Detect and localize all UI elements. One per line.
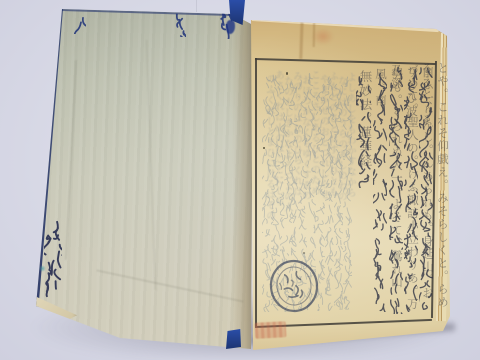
bleedthrough-column: なにはのうらのあしのねの: [334, 76, 343, 310]
bleedthrough-column: ふもとのさとにすむひとも: [325, 71, 334, 311]
calligraphy-column-title: 無妙法。蓮華経: [356, 70, 371, 188]
ink-speck: [286, 72, 288, 75]
page-edge-stack-top: [252, 18, 439, 32]
blue-cover-at-bottom-gutter: [226, 329, 241, 349]
text-frame-border: [255, 58, 257, 326]
calligraphy-column: 勢も。くられぬ人一。よそて、鶯れ山風。南: [373, 68, 387, 312]
red-seal-stamp: [255, 321, 287, 339]
blue-ink-mark: [174, 11, 186, 37]
photo-of-open-book: のふくれしとまひにけるはその あさくれは山のはことにしら たのもしきかなよろつよ…: [0, 0, 480, 360]
teal-ink-speck: [39, 265, 46, 272]
faded-red-smudge: [312, 28, 334, 45]
backdrop-seam: [196, 0, 197, 12]
bleedthrough-column: よしあしをもわかすなから: [343, 72, 352, 310]
blue-ink-mark: [74, 12, 86, 34]
fore-edge-ink-inscription: [44, 218, 62, 298]
stain-drip: [299, 17, 303, 59]
collector-seal-stamp: [265, 255, 323, 316]
